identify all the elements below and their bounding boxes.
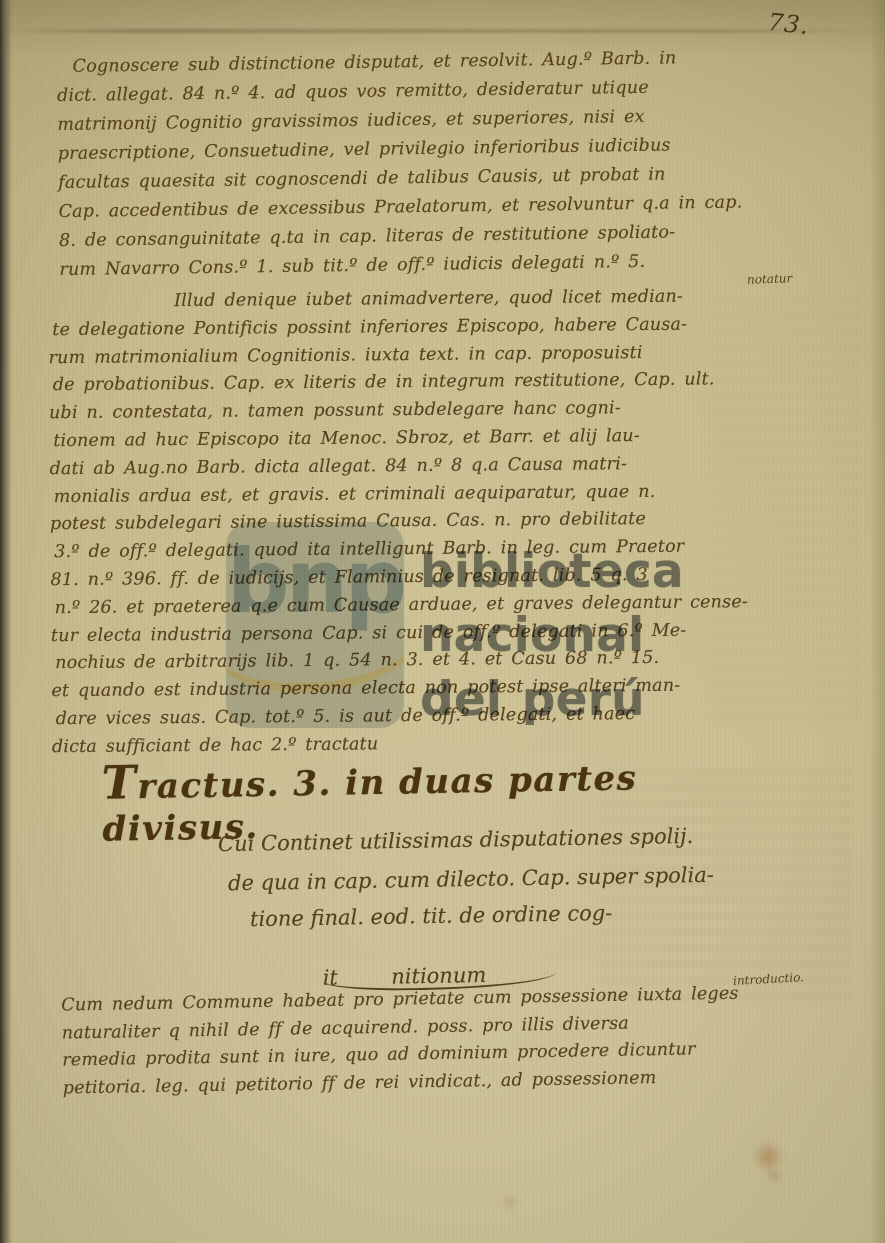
scan-right-edge-shadow <box>869 0 885 1243</box>
fox-stain <box>500 1195 520 1209</box>
paragraph-3: Cum nedum Commune habeat pro prietate cu… <box>61 980 808 1103</box>
manuscript-page: 73. Cognoscere sub distinctione disputat… <box>0 0 885 1243</box>
paragraph-2: Illud denique iubet animadvertere, quod … <box>48 283 782 762</box>
subheading-line-2: de qua in cap. cum dilecto. Cap. super s… <box>228 863 714 895</box>
paper-crease-line <box>0 29 885 33</box>
subheading-line-3: tione final. eod. tit. de ordine cog- <box>250 901 613 931</box>
page-number: 73. <box>767 8 811 40</box>
fox-stain <box>766 1168 782 1184</box>
paragraph-1: Cognoscere sub distinctione disputat, et… <box>56 43 779 285</box>
margin-note-notatur: notatur <box>747 271 793 287</box>
scan-left-edge-shadow <box>0 0 12 1243</box>
